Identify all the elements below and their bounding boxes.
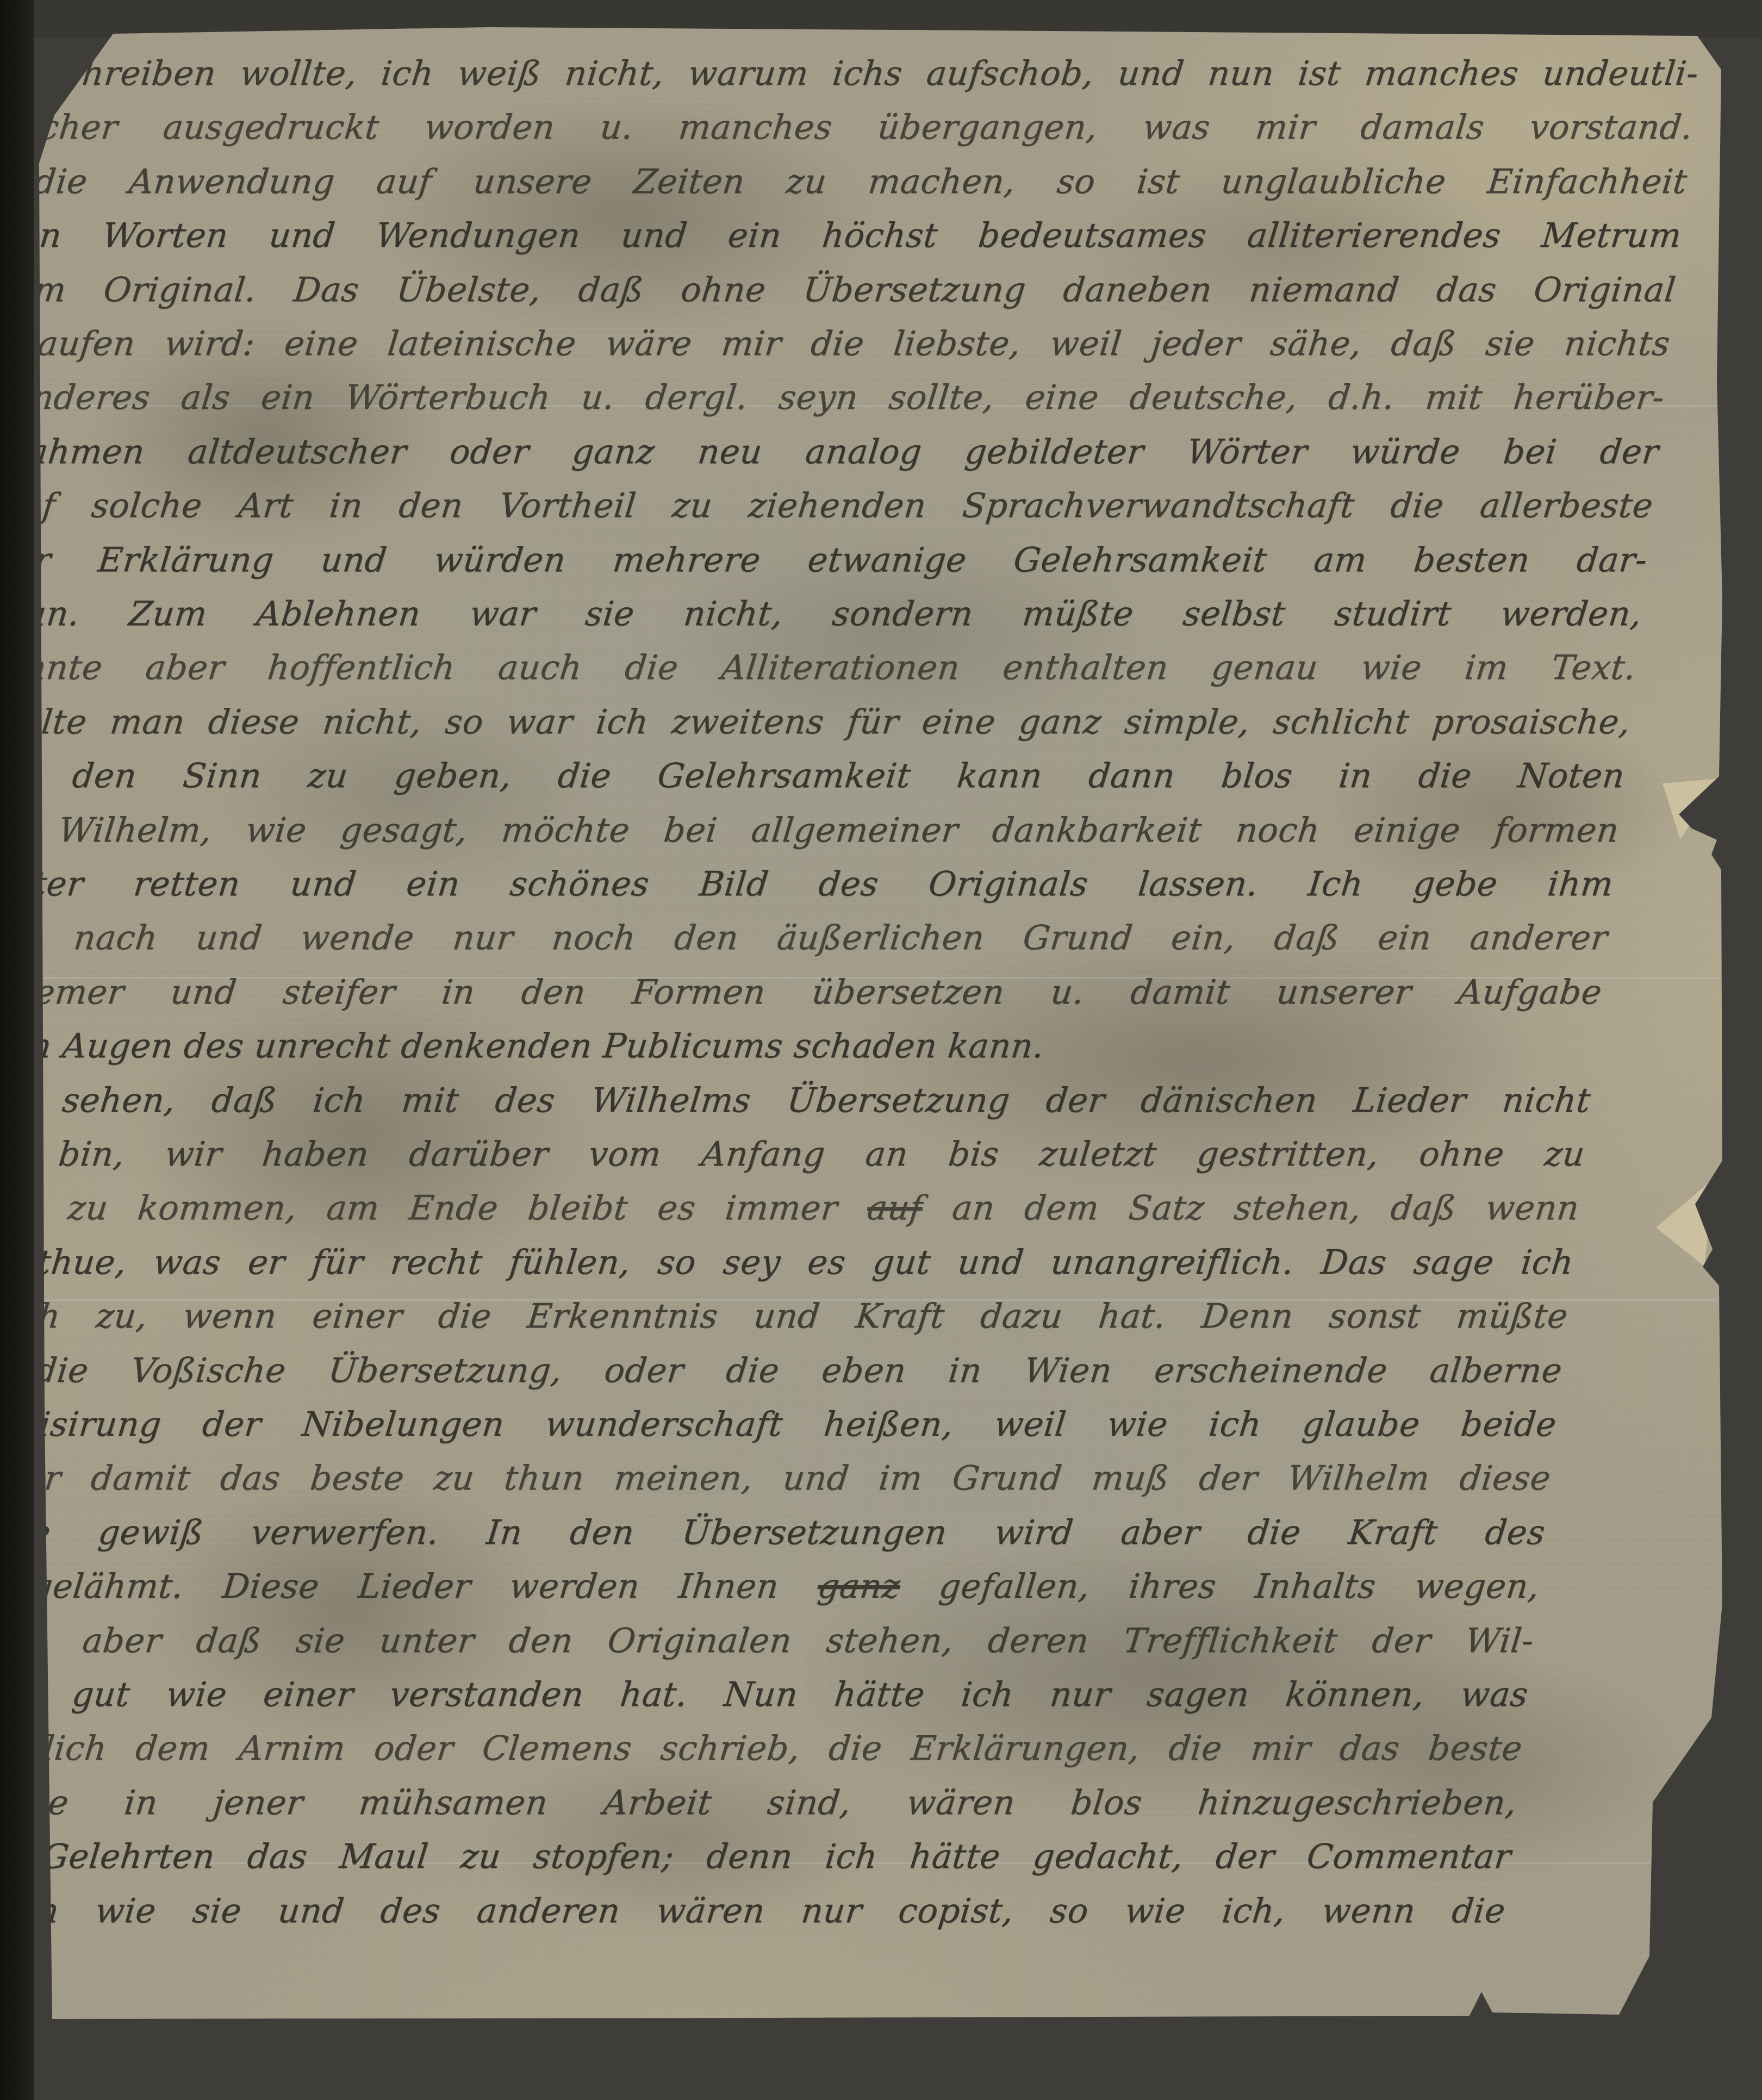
handwriting-line: Verfasser damit das beste zu thun meinen… (0, 1458, 1553, 1508)
struck-word: auf (866, 1188, 925, 1227)
handwriting-line: anderes als ein Wörterbuch u. dergl. sey… (8, 377, 1666, 427)
handwriting-line: Wollte man diese nicht, so war ich zweit… (0, 702, 1632, 752)
handwriting-line: zur Erklärung und würden mehrere etwanig… (0, 540, 1649, 590)
line-segment: rechte zu kommen, am Ende bleibt es imme… (0, 1188, 869, 1227)
handwriting-line: Beispiele gewiß verwerfen. In den Überse… (0, 1512, 1547, 1562)
torn-corner-sliver (33, 48, 58, 117)
line-segment: Guten gelähmt. Diese Lieder werden Ihnen (0, 1566, 820, 1606)
handwriting-line: einig bin, wir haben darüber vom Anfang … (0, 1134, 1587, 1184)
handwriting-line: auf solche Art in den Vortheil zu ziehen… (0, 485, 1655, 535)
handwriting-line: Guten gelähmt. Diese Lieder werden Ihnen… (0, 1566, 1541, 1616)
handwriting-line: thun. Zum Ablehnen war sie nicht, sonder… (0, 594, 1643, 644)
handwritten-text-block: schreiben wollte, ich weiß nicht, warum … (0, 0, 1762, 2100)
handwriting-line: ich sage aber daß sie unter den Original… (0, 1621, 1536, 1671)
handwriting-line: in den Augen des unrecht denkenden Publi… (0, 1026, 1046, 1076)
manuscript-page: schreiben wollte, ich weiß nicht, warum … (0, 0, 1762, 2100)
album-binding-gutter (0, 0, 34, 2100)
handwriting-line: einen dem wie sie und des anderen wären … (0, 1891, 1507, 1941)
handwriting-line: der Wilhelm, wie gesagt, möchte bei allg… (0, 810, 1621, 860)
handwriting-line: trauter retten und ein schönes Bild des … (0, 864, 1615, 914)
torn-edge-flap (1656, 1180, 1713, 1267)
handwriting-line: nahmen altdeutscher oder ganz neu analog… (3, 432, 1661, 482)
handwriting-line: im Original. Das Übelste, daß ohne Übers… (20, 270, 1678, 320)
handwriting-line: bequemer und steifer in den Formen übers… (0, 972, 1604, 1022)
handwriting-line: Sie sehen, daß ich mit des Wilhelms Über… (0, 1080, 1592, 1130)
struck-word: ganz (815, 1566, 902, 1606)
handwriting-line: auch die Voßische Übersetzung, oder die … (0, 1350, 1564, 1400)
handwriting-line: gern nach und wende nur noch den äußerli… (0, 918, 1610, 968)
handwriting-line: um den Gelehrten das Maul zu stopfen; de… (0, 1836, 1513, 1886)
handwriting-line: um den Sinn zu geben, die Gelehrsamkeit … (0, 756, 1627, 806)
handwriting-line: Modernisirung der Nibelungen wunderschaf… (0, 1404, 1559, 1454)
handwriting-line: rechte zu kommen, am Ende bleibt es imme… (0, 1188, 1581, 1238)
line-segment: an dem Satz stehen, daß wenn (920, 1188, 1581, 1227)
line-segment: gefallen, ihres Inhalts wegen, (898, 1566, 1542, 1606)
handwriting-line: zugleich zu, wenn einer die Erkenntnis u… (0, 1296, 1570, 1346)
handwriting-line: cher ausgedruckt worden u. manches überg… (37, 107, 1695, 157)
torn-edge-flap (1619, 1955, 1653, 2016)
handwriting-line: er unähnlich dem Arnim oder Clemens schr… (0, 1728, 1524, 1778)
handwriting-line: könnte aber hoffentlich auch die Alliter… (0, 647, 1638, 697)
handwriting-line: die Anwendung auf unsere Zeiten zu mache… (31, 161, 1689, 211)
handwriting-line: schreiben wollte, ich weiß nicht, warum … (42, 53, 1701, 103)
handwriting-line: in Worten und Wendungen und ein höchst b… (26, 215, 1684, 265)
handwriting-line: u. liebste in jener mühsamen Arbeit sind… (0, 1783, 1518, 1833)
handwriting-line: helm so gut wie einer verstanden hat. Nu… (0, 1674, 1530, 1724)
handwriting-line: kaufen wird: eine lateinische wäre mir d… (14, 323, 1672, 373)
handwriting-line: jeder thue, was er für recht fühlen, so … (0, 1242, 1576, 1292)
